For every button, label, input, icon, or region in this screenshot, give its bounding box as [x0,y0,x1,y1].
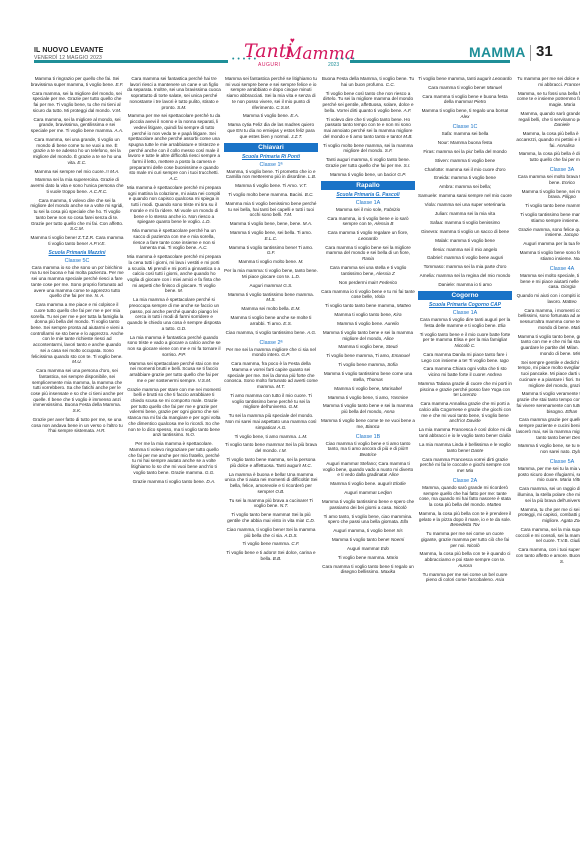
message-signature: Leonardo [492,76,511,81]
message-item: Ti voglio molto bene mamma. Bacini. B.C. [224,192,318,198]
message-text: Mamma ti voglio bene! Z.T.Z.R. Cara mamm… [31,235,124,246]
message-text: Grazie mamma ti voglio tanto bene. [133,479,207,484]
message-signature: Asia [495,577,504,582]
message-item: Mamma sei molto speciale, ti voglio tant… [515,273,580,290]
message-signature: Maria Vittoria [560,477,580,482]
message-item: Ilenia: mamma sei il mio angelo [418,247,512,253]
message-signature: Annalisa [557,143,575,148]
class-heading: Classe 1C [418,123,512,131]
message-signature: D.A. [206,479,215,484]
message-item: Mamma ti voglio bene! Z.T.Z.R. Cara mamm… [30,235,124,246]
message-signature: Alex [461,114,470,119]
message-item: Cara mamma ti voglio regalare un fiore, … [321,230,415,241]
message-signature: E.M. [291,306,300,311]
message-signature: E.C. [77,160,86,165]
message-text: Auguri mamma! [347,546,381,551]
message-text: Ciao mamma ti voglio bene e ti amo tanto… [326,441,411,452]
message-text: Cara mamma ti voglio tanto bene ti regal… [322,564,414,575]
message-text: Buona Festa della Mamma, ti voglio bene.… [322,76,414,87]
message-signature: V.T. [299,183,307,188]
message-signature: Desiree [572,435,580,440]
message-item: Buona Festa della Mamma, ti voglio bene.… [321,76,415,87]
message-item: Tu mamma per me sei dolce e bella quando… [515,76,580,87]
message-signature: Steuti [386,344,398,349]
message-item: La mia mamma Linda è bellissima e le vog… [418,442,512,453]
class-heading: Classe 5A [515,458,580,466]
message-item: Mamma ti voglio bene, sei molto bella e … [515,189,580,200]
message-signature: V.M. [112,108,121,113]
message-signature: Giulia [499,433,511,438]
message-item: Auguri mamma, ti voglio bene! Iris [321,528,415,534]
class-heading: Classe 4A [515,265,580,273]
message-text: Mamma sei sempre nel mio cuore..!! [34,169,110,174]
logo-auguri: AUGURI [258,62,280,68]
message-item: Grazie mamma ti voglio tanto bene. D.A. [127,479,221,485]
message-text: Nour: Mamma buona festa [438,140,492,145]
message-signature: B.B. [273,556,282,561]
message-text: Ti voglio bene mamma, Ti amo, [326,353,391,358]
message-item: Mamma, quando sarò grande ti farò tanti … [515,111,580,128]
message-signature: Nora [574,256,580,261]
message-item: Mamma ti voglio bene. auguri! Elodie [321,481,415,487]
message-text: Mamma, la cosa più bella è dirti grazie … [519,151,580,162]
message-item: Julian: mamma sei la mia vita [418,211,512,217]
message-item: Ti voglio tanto bene mamma! Sei la più g… [224,512,318,523]
message-item: Mamma, tu che per me ci sei sempre, mi p… [515,507,580,524]
message-signature: C.F. [291,541,299,546]
message-item: Mamma ti voglio bene, sei bella. Ti amo.… [224,230,318,241]
message-signature: S.F. [385,148,393,153]
message-item: Cara mamma Chiara ogni volta che ti sto … [418,366,512,377]
message-item: Nour: Mamma buona festa [418,140,512,146]
message-item: Tu sei la mamma più brava a cucinare! Ti… [224,498,318,509]
message-item: Mamma sei la mia supereroina. Grazie di … [30,177,124,194]
message-signature: Pietro [474,99,486,104]
message-item: Mamma, la cosa più bella con te è prende… [418,511,512,528]
message-signature: G.S. [283,283,292,288]
message-text: Ti voglio tanto bene mamma! Sei la più g… [227,512,311,523]
message-text: Safaa: mamma ti voglio benissimo [430,220,500,225]
message-text: Ti voglio bene mamma. [338,555,387,560]
message-item: Cara mamma, i momenti con te sono bellis… [515,308,580,331]
message-item: Cara mamma sei una stella e ti voglio ta… [321,265,415,276]
message-item: Mamma Tatiana grazie di cuore che mi por… [418,381,512,398]
message-signature: Alice [384,336,394,341]
message-text: Cara mamma sei fantastica perché hai tre… [127,76,221,110]
class-heading: Classe 2ª [224,339,318,347]
message-signature: M.U. [72,359,82,364]
message-signature: S.M. [177,105,186,110]
message-text: Mamma, la cosa più bella con te è prende… [419,511,512,522]
message-signature: Giorgia [561,284,576,289]
message-text: Mamma ti voglio bene, ti amo, [328,395,391,400]
message-signature: V.S.M. [198,378,211,383]
message-text: Ciao mamma, ti voglio tantissimo bene. [226,330,307,335]
message-signature: S.K. [73,408,82,413]
message-text: Mamma ti voglio bene. [337,321,385,326]
message-text: Ti voglio bene mamma, tanti auguri! [418,76,492,81]
message-text: Ti voglio tanto bene mamma. [525,203,580,208]
message-item: La mia mamma è fantastica perché quando … [127,335,221,358]
message-text: Grazie mamma per stare con me nei moment… [127,387,220,438]
message-item: Auguri mamma per la tua festa. Pietro [515,241,580,247]
message-item: Per la mia mamma: ti voglio bene, tanto … [224,268,318,279]
message-item: Ti voglio tantissimo bene mamma perché s… [515,212,580,223]
message-item: Auguri mamma! Stefano; Cara mamma ti vog… [321,461,415,478]
message-signature: Enrico [562,180,575,185]
message-item: Mamma ti voglio bene. Aurelio [321,321,415,327]
message-text: Mamma, ti voglio bene. Ti prometto che i… [226,169,316,180]
message-text: Julian: mamma sei la mia vita [435,211,495,216]
message-signature: G.P. [281,352,290,357]
message-text: Daniele: mamma io ti amo [438,282,491,287]
message-signature: P.P. [178,352,186,357]
message-signature: I.M. [279,448,287,453]
message-signature: Alessia B [374,221,393,226]
message-item: Cara mamma, sei la migliore del mondo, s… [30,91,124,114]
message-item: Mamma, se tu fossi una bella fatina io s… [515,91,580,108]
message-item: Ti voglio tanto bene mamma, sei la perso… [224,457,318,468]
message-signature: Alice [389,472,399,477]
text-column: Cara mamma sei fantastica perché hai tre… [127,76,221,836]
message-signature: Iris [397,528,403,533]
message-item: Mamma ti voglio tanto bene, grazie che s… [515,334,580,357]
message-text: Ti voglio molto bene mamma, sei la mamma… [323,143,413,154]
message-signature: Nicolò [467,543,480,548]
message-item: Cara mamma io ti voglio bene e tu mi fai… [321,289,415,300]
message-item: Mamma, la cosa più bella è quando mi acc… [515,131,580,148]
message-text: Cara mamma io so che sono un po' birichi… [30,265,123,299]
message-item: Cara mamma Danila mi piace tanto fare i … [418,352,512,363]
message-signature: Matilda [571,325,580,330]
message-item: Cara mamma a me piace e mi colpisce il c… [30,302,124,365]
message-item: Tanti auguri mamma, ti voglio tanto bene… [321,157,415,168]
city-heading: Cogorno [418,291,512,300]
message-item: Mamma, la cosa più bella è dirti grazie … [515,151,580,162]
newspaper-name: IL NUOVO LEVANTE [34,47,103,54]
school-heading: Scuola Primaria Mazzini [30,250,124,257]
message-signature: G.D. [177,326,186,331]
message-item: Ti voglio bene mamma, Ti amo, Emanuel [321,353,415,359]
message-item: Mamma ti voglio tantissimo bene mamma. M… [224,292,318,303]
message-item: Tu mamma per me sei come un bel cuore pi… [418,572,512,583]
message-item: Mamma ti voglio molto bene. M. [224,259,318,265]
message-text: Grazie per aver fatto di tutto per me, s… [31,417,122,433]
city-heading: Chiavari [224,143,318,152]
text-column: Buona Festa della Mamma, ti voglio bene.… [321,76,415,836]
message-item: Mamma ti voglio tantissimo bene e spero … [321,499,415,510]
message-text: Mamma ti voglio bene. Ti Amo. [235,183,299,188]
message-text: Ti volevo dire che ti voglio tanto bene.… [323,117,412,139]
message-item: Mamma ti voglio bene sono felice quando … [515,250,580,261]
message-item: Mamma sei sempre nel mio cuore..!! M.A. [30,169,124,175]
message-text: Cara mamma ti voglio dire tanti auguri p… [420,317,510,328]
message-item: Mamma sei fantastica perché se litighiam… [224,76,318,110]
message-signature: M.C. [302,463,312,468]
message-item: Ti voglio bene mamma, Sofia [321,362,415,368]
message-signature: E.F. [115,82,123,87]
message-text: Mamma ti voglio bene. auguri! [330,481,393,486]
message-signature: Bianca [365,424,379,429]
message-item: Mamma sei molto bella. E.M. [224,306,318,312]
message-item: Amelia: mamma sei la regina del mio mond… [418,273,512,279]
message-item: Eneida: mamma ti voglio bene [418,175,512,181]
message-signature: Leonardo [358,236,377,241]
message-signature: Francesco [564,82,580,87]
header-rule-right [350,60,510,63]
message-text: Stiven: mamma ti voglio bene [435,158,495,163]
message-text: La mia mamma Francesca è così dolce mi d… [419,427,512,438]
message-item: Grazie per aver fatto di tutto per me, s… [30,417,124,434]
message-item: Cara mamma grazie per quello che fai, se… [515,417,580,440]
message-text: Cara mamma, sei un raggio di sole che mi… [517,486,580,502]
message-text: Sei sempre gentile e dedichi a me molto … [518,360,580,388]
message-signature: Elodie [393,481,406,486]
message-item: Mamma, quando sarò grande mi ricorderò s… [418,485,512,508]
message-text: Non perdermi mai!! [339,280,379,285]
message-text: Mamma ti voglio tanto bene e sei la mamm… [323,330,413,341]
message-text: Auguri mamma per la tua festa. [523,241,580,246]
message-signature: Sofia [387,362,397,367]
message-text: Mamma ti voglio tanto bene, grazie che s… [518,334,580,356]
message-signature: Mario [387,555,399,560]
message-item: Mamma ti voglio tanto bene e sei la mamm… [321,330,415,341]
message-text: Eneida: mamma ti voglio bene [434,175,496,180]
message-text: Ambra: mamma sei bella; [439,184,491,189]
message-text: Ti voglio bene così tanto che non riesco… [322,91,413,113]
tanti-auguri-mamma-logo: Tanti AUGURI ♥ Mamma 2023 [238,40,348,72]
class-heading: Classe 1A [321,199,415,207]
message-signature: M.T. [276,384,285,389]
message-text: Ginevra: mamma ti voglio un sacco di ben… [421,229,509,234]
message-item: Mamma ti voglio tanto bene e sei la mamm… [321,403,415,414]
message-text: Mamma ti voglio bene, ti regalo una bors… [422,108,509,113]
message-text: Tu mamma per me sei come un cuore gigant… [421,531,509,547]
message-text: Auguri mamma! [250,283,284,288]
message-signature: Rania [362,256,374,261]
message-signature: G.F. [267,250,275,255]
message-item: Ti voglio molto bene mamma, sei la mamma… [321,143,415,154]
message-text: Mamma ti voglio tanto bene e sei la mamm… [323,403,413,414]
message-item: Mamma, per me sei tu la mia vera casa, u… [515,466,580,483]
message-signature: A.C.R.C. [89,189,107,194]
message-text: Samuele: mamma sarai sempre nel mio cuor… [418,193,512,198]
message-signature: G.P. [397,172,406,177]
message-signature: S.I. [404,163,411,168]
message-signature: Beatrice [360,452,377,457]
message-text: Mamma sei molto bella. [241,306,291,311]
message-signature: Mia [466,468,473,473]
message-text: Mamma ti voglio bene sono felice quando … [520,250,580,261]
message-text: Mamma ti voglio bene. [243,113,291,118]
message-text: Mamma ti voglio bene anche se molte ti a… [231,315,312,326]
message-item: Ginevra: mamma ti voglio un sacco di ben… [418,229,512,235]
message-item: Cara mamma, sei una grande, ti voglio un… [30,137,124,166]
message-signature: Yasmine [391,395,409,400]
message-item: Mamma ti voglio tantissimo bene! Ti amo.… [224,245,318,256]
message-text: Mamma ti ringrazio per quello che fai. S… [31,76,120,87]
text-column: Mamma sei fantastica perché se litighiam… [224,76,318,836]
message-text: Cara mamma a me piace e mi colpisce il c… [31,302,124,358]
message-text: Mamma sei il mio sole, [336,207,384,212]
message-text: Mia mamma è spettacolare perché mi prepa… [127,254,221,293]
message-text: Amelia: mamma sei la regina del mio mond… [420,273,511,278]
message-signature: A.D.S. [284,533,297,538]
message-item: Viola: mamma sei una super veterinaria [418,202,512,208]
message-text: Tommaso: mamma sei la mia parte d'oro [424,264,507,269]
message-text: Cara mamma, ti volevo dire che sei la mi… [30,198,123,226]
message-text: Ti voglio bene, ti amo mamma. [235,434,299,439]
message-signature: Matteo [563,299,577,304]
message-item: Mamma ti voglio bene, un bacio! G.P. [321,172,415,178]
message-item: Cara mamma, sei la migliore al mondo, se… [30,117,124,134]
message-text: La mia mamma Linda è bellissima e le vog… [419,442,510,453]
message-item: Mamma, ti voglio bene. Ti prometto che i… [224,169,318,180]
message-item: Cara mamma sei molto brava ti voglio tan… [515,174,580,185]
message-item: Mamma ti voglio tantissimo bene come una… [321,371,415,382]
message-signature: Jacopo [564,232,579,237]
page-header: IL NUOVO LEVANTE VENERDÌ 12 MAGGIO 2023 … [0,0,580,74]
text-column: Tu mamma per me sei dolce e bella quando… [515,76,580,836]
message-item: Ti voglio tanto bene e il mio cuore batt… [418,332,512,349]
message-text: Ti voglio tantissimo bene mamma perché s… [520,212,580,223]
message-item: Grazie mamma, sono felice quando stiamo … [515,227,580,238]
message-signature: L.D. [202,219,210,224]
message-item: Ti voglio bene e ti adoro! Sei dolce, ca… [224,550,318,561]
message-text: Per la mia mamma: ti voglio bene, tanto … [224,268,318,279]
message-text: Ti voglio tanto tanto bene mamma, [325,303,397,308]
message-item: Sei sempre gentile e dedichi a me molto … [515,360,580,389]
class-heading: Classe 1ª [224,161,318,169]
message-item: Cara mamma, fra poco è la Festa della Ma… [224,361,318,390]
message-item: Per me la mia mamma è spettacolare. Mamm… [127,441,221,475]
message-item: Safa: mamma sei bella [418,131,512,137]
message-signature: Anna [384,409,395,414]
message-signature: T.M. [284,212,293,217]
message-signature: Dante [471,448,483,453]
school-heading: Scuola Primaria Ri Ponti [224,154,318,161]
city-heading: Rapallo [321,181,415,190]
message-item: Ciao mamma ti voglio bene e ti amo tanto… [321,441,415,458]
message-text: Tu sei la mamma più brava a cucinare! Ti… [229,498,313,509]
section-title: MAMMA [469,44,526,60]
message-signature: A.A. [115,128,124,133]
message-item: Mamma sei il mio sole, Fabrizio [321,207,415,213]
message-item: Mamma ti voglio bene, Marisabel [321,386,415,392]
message-text: Ti voglio molto bene mamma. Bacini. [228,192,304,197]
message-text: Auguri mamma, ti voglio bene! [333,528,396,533]
message-item: Ti voglio bene mamma. C.F. [224,541,318,547]
message-signature: M.A. [110,169,119,174]
message-signature: L.D. [292,274,300,279]
message-signature: Benedetta Tov [450,522,479,527]
message-item: Ti voglio bene mamma. Mario [321,555,415,561]
message-text: Viola: mamma sei una super veterinaria [425,202,506,207]
message-signature: Nicolò [394,505,407,510]
message-signature: Davide [466,418,480,423]
message-item: Safaa: mamma ti voglio benissimo [418,220,512,226]
message-text: Mamma ti voglio bene, un bacio! [330,172,397,177]
class-heading: Classe 1B [321,433,415,441]
message-signature: A.P.V.E. [89,241,105,246]
message-item: Mamma ti voglio bene. Ti Amo. V.T. [224,183,318,189]
message-text: Cara mamma, fra poco è la Festa della Ma… [224,361,318,389]
message-signature: C.S.M. [276,105,290,110]
message-item: Mia mamma è spettacolare perché mi prepa… [127,254,221,294]
message-signature: Dylan [572,449,580,454]
message-signature: N.O. [186,432,195,437]
message-signature: E.S. [283,321,292,326]
message-text: Cara mamma grazie per quello che fai, se… [516,417,580,439]
message-item: Mamma ti voglio bene, se tu non esistevi… [515,443,580,454]
message-item: Tu sei la mamma più speciale del mondo. … [224,413,318,430]
message-signature: E.L.C. [265,236,278,241]
message-signature: Agata Zoe [561,518,580,523]
message-signature: Niccolò C. [455,343,476,348]
message-text: Ti amo mamma con tutto il mio cuore. Ti … [230,393,312,409]
message-item: Ti amo mamma con tutto il mio cuore. Ti … [224,393,318,410]
message-item: Stiven: mamma ti voglio bene [418,158,512,164]
message-item: Cara mamma ti voglio bene e buona festa … [418,94,512,105]
message-signature: Matteo [487,502,501,507]
message-item: Ti voglio bene così tanto che non riesco… [321,91,415,114]
message-text: Gabriel: mamma ti voglio bene auguri [427,255,503,260]
message-item: Mamma ti voglio bene, bene, bene. M.A. [224,221,318,227]
message-text: Charlotte: mamma sei il mio cuore d'oro [424,167,505,172]
message-signature: A.C. [170,176,179,181]
message-item: Cara mamma ti voglio bene sei la miglior… [321,245,415,262]
message-item: Cara mamma sei una persona d'oro, sei fa… [30,368,124,414]
message-item: Auguri mamma! G.S. [224,283,318,289]
message-item: Charlotte: mamma sei il mio cuore d'oro [418,167,512,173]
message-signature: Maxika [381,569,396,574]
message-signature: L.B. [308,174,316,179]
message-text: Mamma, la cosa più bella con te è quando… [420,551,511,562]
message-text: Ti voglio bene mamma, [338,362,387,367]
message-text: Mamma sei la mia supereroina. Grazie di … [30,177,123,193]
page-number: 31 [536,43,553,60]
message-text: La mamma è buona e bella! Una mamma unic… [225,472,318,494]
message-item: Grazie mamma per stare con me nei moment… [127,387,221,438]
message-item: Mamma ti voglio tanto bene, Kira [321,312,415,318]
message-item: Mia mamma è spettacolare perché ha un sa… [127,228,221,251]
message-signature: Maria [564,102,576,107]
message-text: Mamma ti voglio bene, [338,344,386,349]
message-item: Ambra: mamma sei bella; [418,184,512,190]
message-signature: M.S. [266,297,275,302]
school-heading: Scuola Primaria G. Pascoli [321,192,415,199]
message-item: Auguri mamma! Edo [321,546,415,552]
message-text: Firas: mamma sei la piu' bella del mondo [423,149,506,154]
message-item: Tommaso: mamma sei la mia parte d'oro [418,264,512,270]
message-item: Cara mamma, sei un raggio di sole che mi… [515,486,580,503]
message-text: Cara mamma ti voglio bene! [428,85,487,90]
message-item: Cara mamma io so che sono un po' birichi… [30,265,124,299]
message-item: Mamma ti voglio tanto bene! Noemi [321,537,415,543]
class-heading: Classe 5C [30,257,124,265]
message-item: Cara mamma Francesca vorrei dirti grazie… [418,457,512,474]
message-signature: M. [178,288,183,293]
message-signature: Daniele [554,122,570,127]
message-item: Mamma ti voglio bene anche se molte ti a… [224,315,318,326]
message-signature: Mirko [573,351,580,356]
message-signature: A.C. [199,245,208,250]
message-signature: Emanuel [392,353,410,358]
message-text: Tu sei la mamma più speciale del mondo. … [225,413,316,429]
message-item: Firas: mamma sei la piu' bella del mondo [418,149,512,155]
message-text: Mamma ti voglio tanto bene! [332,537,391,542]
message-text: Mamma ti voglio tantissimo bene! Ti amo. [229,245,314,250]
